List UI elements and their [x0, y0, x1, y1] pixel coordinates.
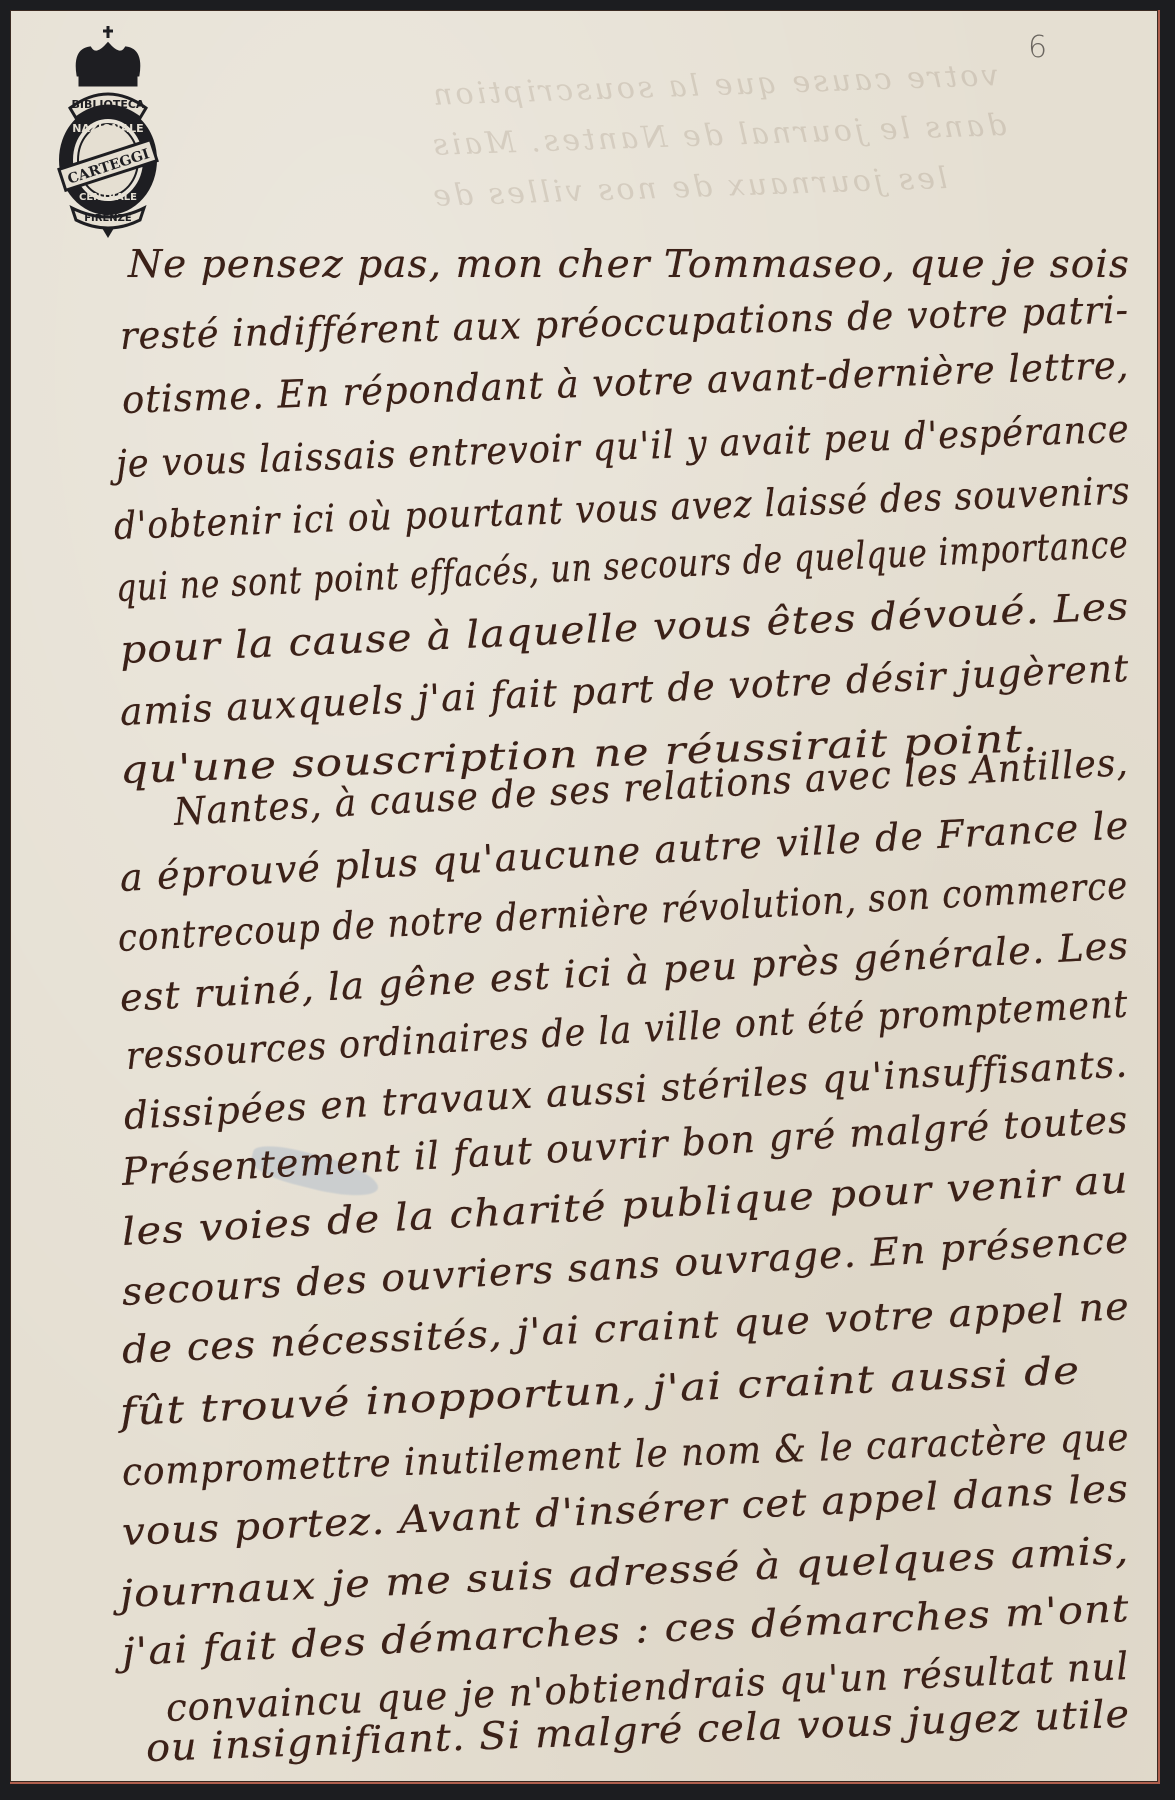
letter-line: otisme. En répondant à votre avant-derni…	[121, 343, 1130, 422]
letter-line: Ne pensez pas, mon cher Tommaseo, que je…	[128, 242, 1130, 286]
letter-page: votre cause que la souscription dans le …	[10, 10, 1160, 1784]
letter-body: Ne pensez pas, mon cher Tommaseo, que je…	[10, 10, 1158, 1782]
